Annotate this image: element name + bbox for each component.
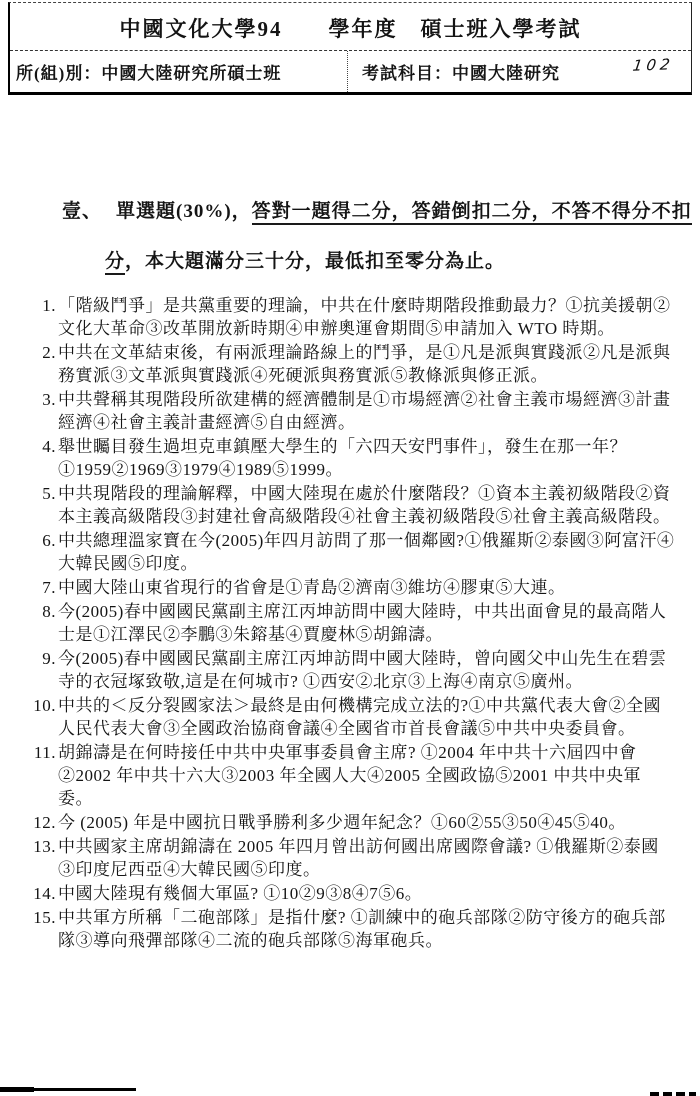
question-text: 中共聲稱其現階段所欲建構的經濟體制是①市場經濟②社會主義市場經濟③計畫經濟④社會…: [58, 390, 671, 432]
question-item-7: 7.中國大陸山東省現行的省會是①青島②濟南③維坊④膠東⑤大連。: [30, 576, 675, 599]
question-item-6: 6.中共總理溫家寶在今(2005)年四月訪問了那一個鄰國?①俄羅斯②泰國③阿富汗…: [30, 529, 675, 575]
question-number: 4.: [30, 435, 56, 458]
question-item-5: 5.中共現階段的理論解釋，中國大陸現在處於什麼階段？①資本主義初級階段②資本主義…: [30, 482, 675, 528]
question-item-8: 8.今(2005)春中國國民黨副主席江丙坤訪問中國大陸時，中共出面會見的最高階人…: [30, 600, 675, 646]
question-text: 今 (2005) 年是中國抗日戰爭勝利多少週年紀念？①60②55③50④45⑤4…: [58, 813, 626, 832]
section-heading-line2: 分，本大題滿分三十分，最低扣至零分為止。: [0, 249, 700, 275]
question-number: 10.: [30, 694, 56, 717]
question-text: 「階級鬥爭」是共黨重要的理論，中共在什麼時期階段推動最力？①抗美援朝②文化大革命…: [58, 296, 671, 338]
question-text: 中共國家主席胡錦濤在 2005 年四月曾出訪何國出席國際會議? ①俄羅斯②泰國③…: [58, 837, 659, 879]
section-heading-line1: 壹、單選題(30%)，答對一題得二分，答錯倒扣二分，不答不得分不扣: [0, 199, 700, 225]
question-number: 1.: [30, 294, 56, 317]
exam-header-box: 中國文化大學94 學年度 碩士班入學考試 所(組)別：中國大陸研究所碩士班 考試…: [8, 2, 692, 95]
section-numeral: 壹、: [62, 201, 102, 222]
handwritten-page-number: 102: [632, 55, 675, 74]
question-item-2: 2.中共在文革結束後，有兩派理論路線上的鬥爭，是①凡是派與實踐派②凡是派與務實派…: [30, 341, 675, 387]
question-number: 3.: [30, 388, 56, 411]
question-item-14: 14.中國大陸現有幾個大軍區? ①10②9③8④7⑤6。: [30, 882, 675, 905]
question-number: 8.: [30, 600, 56, 623]
section-underlined-rule-part2: 分: [105, 251, 125, 275]
question-number: 6.: [30, 529, 56, 552]
question-item-11: 11.胡錦濤是在何時接任中共中央軍事委員會主席? ①2004 年中共十六屆四中會…: [30, 741, 675, 810]
question-list: 1.「階級鬥爭」是共黨重要的理論，中共在什麼時期階段推動最力？①抗美援朝②文化大…: [30, 294, 675, 952]
question-item-1: 1.「階級鬥爭」是共黨重要的理論，中共在什麼時期階段推動最力？①抗美援朝②文化大…: [30, 294, 675, 340]
scan-artifact-line: [30, 1088, 136, 1091]
question-text: 中共在文革結束後，有兩派理論路線上的鬥爭，是①凡是派與實踐派②凡是派與務實派③文…: [58, 343, 671, 385]
question-item-3: 3.中共聲稱其現階段所欲建構的經濟體制是①市場經濟②社會主義市場經濟③計畫經濟④…: [30, 388, 675, 434]
question-number: 11.: [30, 741, 56, 764]
question-text: 中共現階段的理論解釋，中國大陸現在處於什麼階段？①資本主義初級階段②資本主義高級…: [58, 484, 671, 526]
question-item-4: 4.舉世矚目發生過坦克車鎮壓大學生的「六四天安門事件」，發生在那一年？①1959…: [30, 435, 675, 481]
question-text: 中共總理溫家寶在今(2005)年四月訪問了那一個鄰國?①俄羅斯②泰國③阿富汗④大…: [58, 531, 674, 573]
exam-title: 中國文化大學94 學年度 碩士班入學考試: [10, 3, 691, 50]
question-text: 中國大陸現有幾個大軍區? ①10②9③8④7⑤6。: [58, 884, 422, 903]
question-number: 7.: [30, 576, 56, 599]
question-item-10: 10.中共的＜反分裂國家法＞最終是由何機構完成立法的?①中共黨代表大會②全國人民…: [30, 694, 675, 740]
question-text: 舉世矚目發生過坦克車鎮壓大學生的「六四天安門事件」，發生在那一年？①1959②1…: [58, 437, 627, 479]
section-underlined-rule-part1: 答對一題得二分，答錯倒扣二分，不答不得分不扣: [252, 201, 692, 225]
question-text: 今(2005)春中國國民黨副主席江丙坤訪問中國大陸時，中共出面會見的最高階人士是…: [58, 602, 666, 644]
question-number: 14.: [30, 882, 56, 905]
exam-header-info-row: 所(組)別：中國大陸研究所碩士班 考試科目：中國大陸研究: [10, 50, 691, 92]
question-item-15: 15.中共軍方所稱「二砲部隊」是指什麼? ①訓練中的砲兵部隊②防守後方的砲兵部隊…: [30, 906, 675, 952]
question-number: 12.: [30, 811, 56, 834]
department-field: 所(組)別：中國大陸研究所碩士班: [10, 51, 347, 92]
section-lead: 單選題(30%)，: [116, 201, 252, 222]
question-number: 2.: [30, 341, 56, 364]
section-tail: ，本大題滿分三十分，最低扣至零分為止。: [125, 251, 505, 272]
question-text: 中共軍方所稱「二砲部隊」是指什麼? ①訓練中的砲兵部隊②防守後方的砲兵部隊③導向…: [58, 908, 666, 950]
scan-artifact-line: [0, 1087, 34, 1092]
question-number: 15.: [30, 906, 56, 929]
exam-paper-page: 中國文化大學94 學年度 碩士班入學考試 所(組)別：中國大陸研究所碩士班 考試…: [0, 0, 700, 1096]
question-number: 9.: [30, 647, 56, 670]
question-number: 5.: [30, 482, 56, 505]
question-text: 中共的＜反分裂國家法＞最終是由何機構完成立法的?①中共黨代表大會②全國人民代表大…: [58, 696, 661, 738]
question-item-13: 13.中共國家主席胡錦濤在 2005 年四月曾出訪何國出席國際會議? ①俄羅斯②…: [30, 835, 675, 881]
question-text: 中國大陸山東省現行的省會是①青島②濟南③維坊④膠東⑤大連。: [58, 578, 566, 597]
question-item-9: 9.今(2005)春中國國民黨副主席江丙坤訪問中國大陸時，曾向國父中山先生在碧雲…: [30, 647, 675, 693]
question-number: 13.: [30, 835, 56, 858]
scan-artifact-marks: [650, 1092, 696, 1096]
question-item-12: 12.今 (2005) 年是中國抗日戰爭勝利多少週年紀念？①60②55③50④4…: [30, 811, 675, 834]
question-text: 今(2005)春中國國民黨副主席江丙坤訪問中國大陸時，曾向國父中山先生在碧雲寺的…: [58, 649, 666, 691]
question-text: 胡錦濤是在何時接任中共中央軍事委員會主席? ①2004 年中共十六屆四中會②20…: [58, 743, 641, 808]
